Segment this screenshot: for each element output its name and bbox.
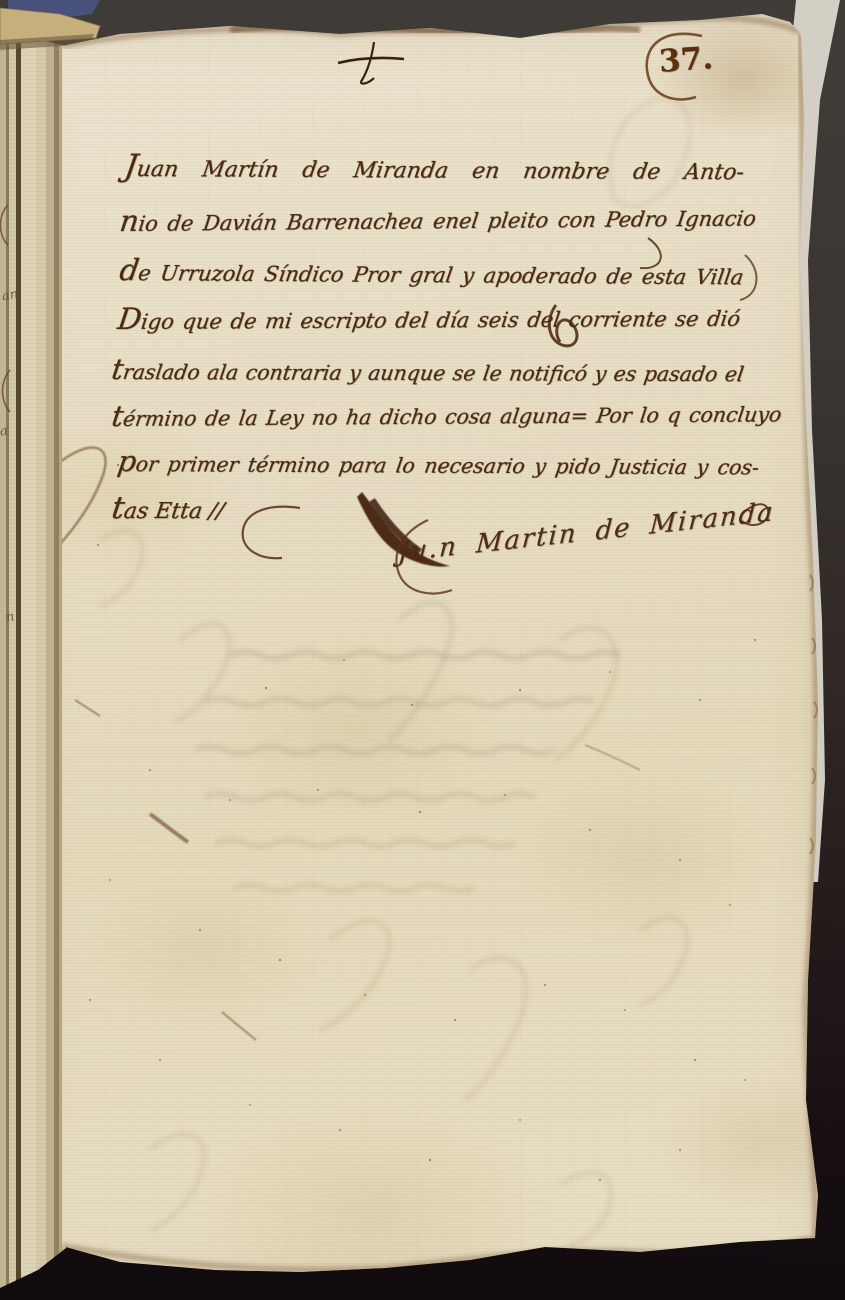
manuscript-photo: an a n <box>0 0 845 1300</box>
manuscript-page <box>0 0 845 1300</box>
binding-text-fragment: an <box>1 287 19 305</box>
text-line: nio de Davián Barrenachea enel pleito co… <box>118 198 759 238</box>
text-line: término de la Ley no ha dicho cosa algun… <box>110 394 784 433</box>
text-line: de Urruzola Síndico Pror gral y apoderad… <box>117 253 746 291</box>
folio-number: 37. <box>658 40 714 80</box>
text-line: Juan Martín de Miranda en nombre de Anto… <box>122 148 747 187</box>
text-line: Digo que de mi escripto del día seis del… <box>116 299 743 336</box>
text-line: tas Etta // <box>109 490 227 526</box>
binding-stack <box>0 0 66 1300</box>
text-line: por primer término para lo necesario y p… <box>116 444 762 481</box>
text-line: traslado ala contraria y aunque se le no… <box>110 352 747 388</box>
